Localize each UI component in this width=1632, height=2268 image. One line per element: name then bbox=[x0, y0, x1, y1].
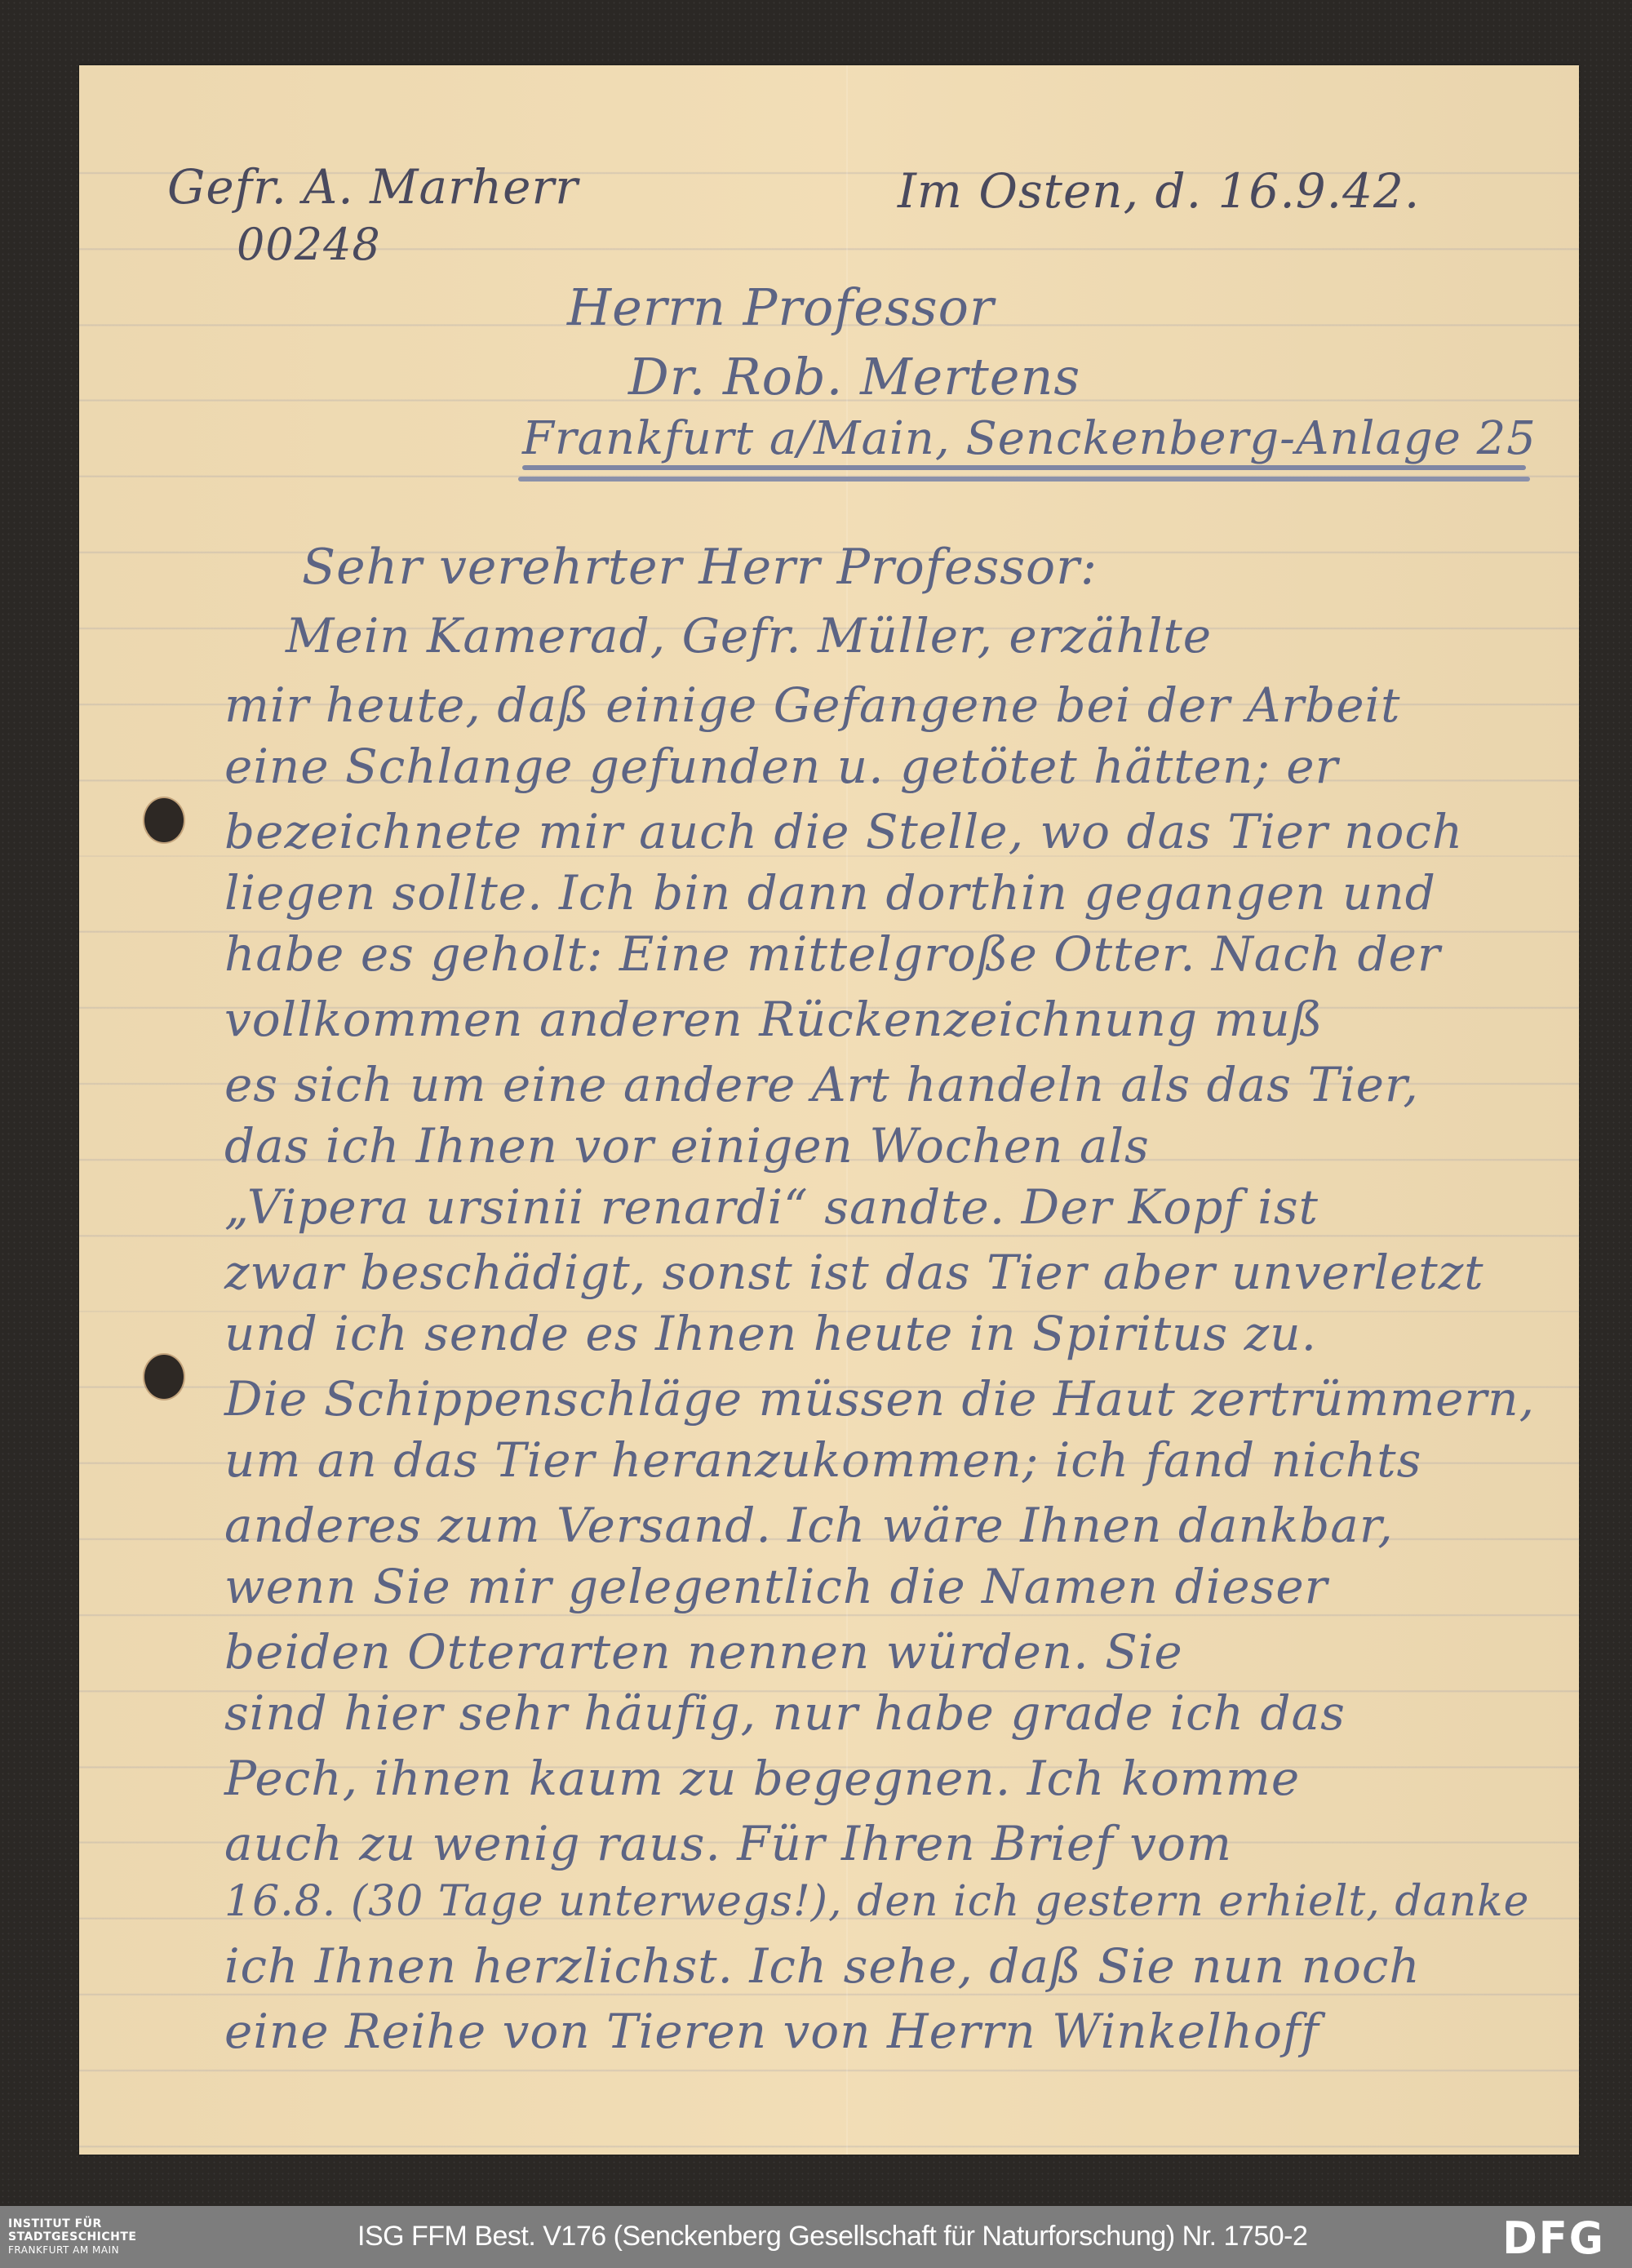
body-line: vollkommen anderen Rückenzeichnung muß bbox=[224, 992, 1324, 1047]
body-line: Pech, ihnen kaum zu begegnen. Ich komme bbox=[224, 1751, 1300, 1806]
field-post-number: 00248 bbox=[237, 219, 381, 270]
body-line: bezeichnete mir auch die Stelle, wo das … bbox=[224, 804, 1463, 859]
address-underline-2 bbox=[518, 477, 1530, 482]
body-line: beiden Otterarten nennen würden. Sie bbox=[224, 1624, 1183, 1680]
archive-caption: ISG FFM Best. V176 (Senckenberg Gesellsc… bbox=[357, 2221, 1307, 2252]
institution-line-3: FRANKFURT AM MAIN bbox=[8, 2244, 137, 2257]
body-line: zwar beschädigt, sonst ist das Tier aber… bbox=[224, 1245, 1484, 1300]
body-line: Die Schippenschläge müssen die Haut zert… bbox=[224, 1371, 1535, 1427]
archive-footer: INSTITUT FÜR STADTGESCHICHTE FRANKFURT A… bbox=[0, 2206, 1632, 2268]
body-line: sind hier sehr häufig, nur habe grade ic… bbox=[224, 1685, 1346, 1741]
body-line: um an das Tier heranzukommen; ich fand n… bbox=[224, 1432, 1421, 1488]
body-line: habe es geholt: Eine mittelgroße Otter. … bbox=[224, 926, 1441, 982]
body-line: und ich sende es Ihnen heute in Spiritus… bbox=[224, 1306, 1317, 1361]
body-line: auch zu wenig raus. Für Ihren Brief vom bbox=[224, 1816, 1232, 1871]
recipient-line-1: Herrn Professor bbox=[567, 277, 995, 337]
body-line: liegen sollte. Ich bin dann dorthin gega… bbox=[224, 865, 1436, 921]
body-line: eine Reihe von Tieren von Herrn Winkelho… bbox=[224, 2004, 1319, 2059]
recipient-line-2: Dr. Rob. Mertens bbox=[628, 347, 1080, 406]
body-line: Mein Kamerad, Gefr. Müller, erzählte bbox=[286, 608, 1212, 664]
body-line: ich Ihnen herzlichst. Ich sehe, daß Sie … bbox=[224, 1938, 1421, 1994]
body-line: eine Schlange gefunden u. getötet hätten… bbox=[224, 739, 1338, 794]
body-line: 16.8. (30 Tage unterwegs!), den ich gest… bbox=[224, 1877, 1529, 1926]
body-line: das ich Ihnen vor einigen Wochen als bbox=[224, 1118, 1150, 1174]
body-line: „Vipera ursinii renardi“ sandte. Der Kop… bbox=[224, 1179, 1319, 1235]
place-date: Im Osten, d. 16.9.42. bbox=[898, 163, 1420, 219]
sender-name: Gefr. A. Marherr bbox=[167, 159, 579, 215]
institution-line-1: INSTITUT FÜR bbox=[8, 2217, 137, 2230]
body-line: anderes zum Versand. Ich wäre Ihnen dank… bbox=[224, 1498, 1394, 1553]
salutation: Sehr verehrter Herr Professor: bbox=[302, 539, 1098, 596]
institution-logo: INSTITUT FÜR STADTGESCHICHTE FRANKFURT A… bbox=[8, 2217, 137, 2257]
body-line: mir heute, daß einige Gefangene bei der … bbox=[224, 677, 1400, 733]
institution-line-2: STADTGESCHICHTE bbox=[8, 2230, 137, 2244]
body-line: es sich um eine andere Art handeln als d… bbox=[224, 1057, 1419, 1112]
body-line: wenn Sie mir gelegentlich die Namen dies… bbox=[224, 1559, 1328, 1614]
recipient-line-3: Frankfurt a/Main, Senckenberg-Anlage 25 bbox=[522, 412, 1537, 465]
address-underline-1 bbox=[522, 465, 1526, 470]
punch-hole-lower bbox=[144, 1355, 184, 1399]
dfg-logo: DFG bbox=[1502, 2216, 1604, 2261]
punch-hole-upper bbox=[144, 798, 184, 842]
